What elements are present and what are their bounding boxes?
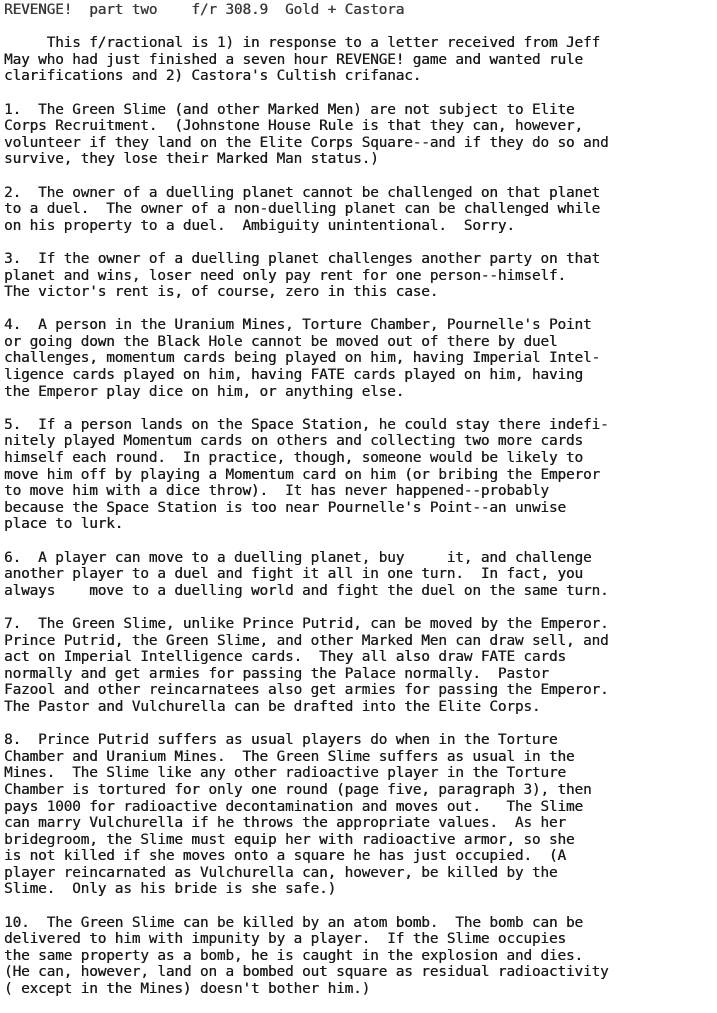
text-line: 2. The owner of a duelling planet cannot… [4,185,717,202]
spacer [4,716,717,733]
text-line: 10. The Green Slime can be killed by an … [4,915,717,932]
text-line: act on Imperial Intelligence cards. They… [4,649,717,666]
rule-paragraph-3: 3. If the owner of a duelling planet cha… [4,251,717,301]
text-line: ( except in the Mines) doesn't bother hi… [4,981,717,998]
rule-paragraph-5: 5. If a person lands on the Space Statio… [4,417,717,533]
text-line: The victor's rent is, of course, zero in… [4,284,717,301]
text-line: always move to a duelling world and figh… [4,583,717,600]
intro-paragraph: This f/ractional is 1) in response to a … [4,35,717,85]
text-line: challenges, momentum cards being played … [4,350,717,367]
text-line: 7. The Green Slime, unlike Prince Putrid… [4,616,717,633]
rule-paragraph-10: 10. The Green Slime can be killed by an … [4,915,717,998]
text-line: bridegroom, the Slime must equip her wit… [4,832,717,849]
text-line: ligence cards played on him, having FATE… [4,367,717,384]
text-line: Fazool and other reincarnatees also get … [4,682,717,699]
text-line: clarifications and 2) Castora's Cultish … [4,68,717,85]
text-line: is not killed if she moves onto a square… [4,848,717,865]
text-line: 8. Prince Putrid suffers as usual player… [4,732,717,749]
text-line: 3. If the owner of a duelling planet cha… [4,251,717,268]
text-line: May who had just finished a seven hour R… [4,52,717,69]
text-line: place to lurk. [4,516,717,533]
text-line: volunteer if they land on the Elite Corp… [4,135,717,152]
rule-paragraph-4: 4. A person in the Uranium Mines, Tortur… [4,317,717,400]
text-line: the Emperor play dice on him, or anythin… [4,384,717,401]
text-line: planet and wins, loser need only pay ren… [4,268,717,285]
spacer [4,400,717,417]
typewritten-page: REVENGE! part two f/r 308.9 Gold + Casto… [4,2,717,998]
page-header: REVENGE! part two f/r 308.9 Gold + Casto… [4,2,717,19]
text-line: nitely played Momentum cards on others a… [4,433,717,450]
text-line: normally and get armies for passing the … [4,666,717,683]
text-line: because the Space Station is too near Po… [4,500,717,517]
text-line: or going down the Black Hole cannot be m… [4,334,717,351]
text-line: Mines. The Slime like any other radioact… [4,765,717,782]
text-line: can marry Vulchurella if he throws the a… [4,815,717,832]
text-line: 5. If a person lands on the Space Statio… [4,417,717,434]
text-line: 6. A player can move to a duelling plane… [4,550,717,567]
text-line: The Pastor and Vulchurella can be drafte… [4,699,717,716]
text-line: Slime. Only as his bride is she safe.) [4,881,717,898]
rule-paragraph-8: 8. Prince Putrid suffers as usual player… [4,732,717,898]
text-line: Chamber is tortured for only one round (… [4,782,717,799]
rule-paragraph-2: 2. The owner of a duelling planet cannot… [4,185,717,235]
rule-paragraph-1: 1. The Green Slime (and other Marked Men… [4,102,717,168]
rule-paragraph-6: 6. A player can move to a duelling plane… [4,550,717,600]
spacer [4,599,717,616]
text-line: Corps Recruitment. (Johnstone House Rule… [4,118,717,135]
text-line: another player to a duel and fight it al… [4,566,717,583]
text-line: player reincarnated as Vulchurella can, … [4,865,717,882]
spacer [4,898,717,915]
text-line: This f/ractional is 1) in response to a … [4,35,717,52]
spacer [4,85,717,102]
text-line: to move him with a dice throw). It has n… [4,483,717,500]
text-line: on his property to a duel. Ambiguity uni… [4,218,717,235]
text-line: Chamber and Uranium Mines. The Green Sli… [4,749,717,766]
text-line: delivered to him with impunity by a play… [4,931,717,948]
rule-paragraph-7: 7. The Green Slime, unlike Prince Putrid… [4,616,717,716]
spacer [4,234,717,251]
text-line: the same property as a bomb, he is caugh… [4,948,717,965]
spacer [4,533,717,550]
text-line: move him off by playing a Momentum card … [4,467,717,484]
text-line: survive, they lose their Marked Man stat… [4,151,717,168]
text-line: himself each round. In practice, though,… [4,450,717,467]
text-line: (He can, however, land on a bombed out s… [4,964,717,981]
spacer [4,301,717,318]
text-line: 1. The Green Slime (and other Marked Men… [4,102,717,119]
text-line: pays 1000 for radioactive decontaminatio… [4,799,717,816]
text-line: Prince Putrid, the Green Slime, and othe… [4,633,717,650]
text-line: 4. A person in the Uranium Mines, Tortur… [4,317,717,334]
spacer [4,19,717,36]
text-line: to a duel. The owner of a non-duelling p… [4,201,717,218]
spacer [4,168,717,185]
